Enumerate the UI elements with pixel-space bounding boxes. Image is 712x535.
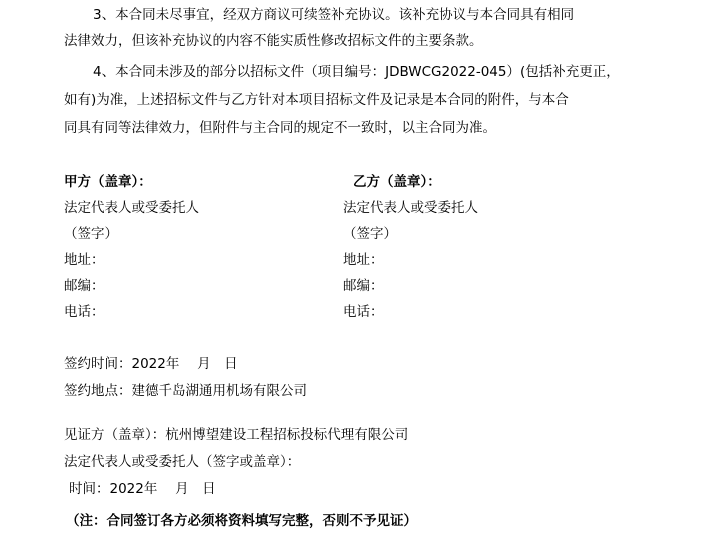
party-a-phone: 电话： [64,304,105,320]
party-b-postcode: 邮编： [343,278,384,294]
party-b-phone: 电话： [343,304,384,320]
clause-4-line-2: 如有)为准，上述招标文件与乙方针对本项目招标文件及记录是本合同的附件，与本合 [64,92,569,108]
clause-4-line-1: 4、本合同未涉及的部分以招标文件（项目编号：JDBWCG2022-045）(包括… [93,64,620,80]
party-a-rep: 法定代表人或受委托人 [64,200,199,216]
witness-note: （注：合同签订各方必须将资料填写完整，否则不予见证） [66,513,417,529]
witness-rep: 法定代表人或受委托人（签字或盖章）： [64,454,300,470]
signing-time: 签约时间：2022年 月 日 [64,356,238,372]
clause-3-line-2: 法律效力，但该补充协议的内容不能实质性修改招标文件的主要条款。 [64,33,483,49]
witness-party: 见证方（盖章）：杭州博望建设工程招标投标代理有限公司 [64,427,408,443]
party-b-sign: （签字） [343,226,397,242]
party-a-address: 地址： [64,252,105,268]
party-b-rep: 法定代表人或受委托人 [343,200,478,216]
witness-time: 时间：2022年 月 日 [69,481,216,497]
clause-3-line-1: 3、本合同未尽事宜，经双方商议可续签补充协议。该补充协议与本合同具有相同 [93,7,574,23]
party-a-sign: （签字） [64,226,118,242]
signing-place: 签约地点：建德千岛湖通用机场有限公司 [64,383,307,399]
party-b-address: 地址： [343,252,384,268]
party-a-title: 甲方（盖章）： [64,174,152,190]
clause-4-line-3: 同具有同等法律效力，但附件与主合同的规定不一致时，以主合同为准。 [64,120,496,136]
party-b-title: 乙方（盖章）： [353,174,441,190]
party-a-postcode: 邮编： [64,278,105,294]
